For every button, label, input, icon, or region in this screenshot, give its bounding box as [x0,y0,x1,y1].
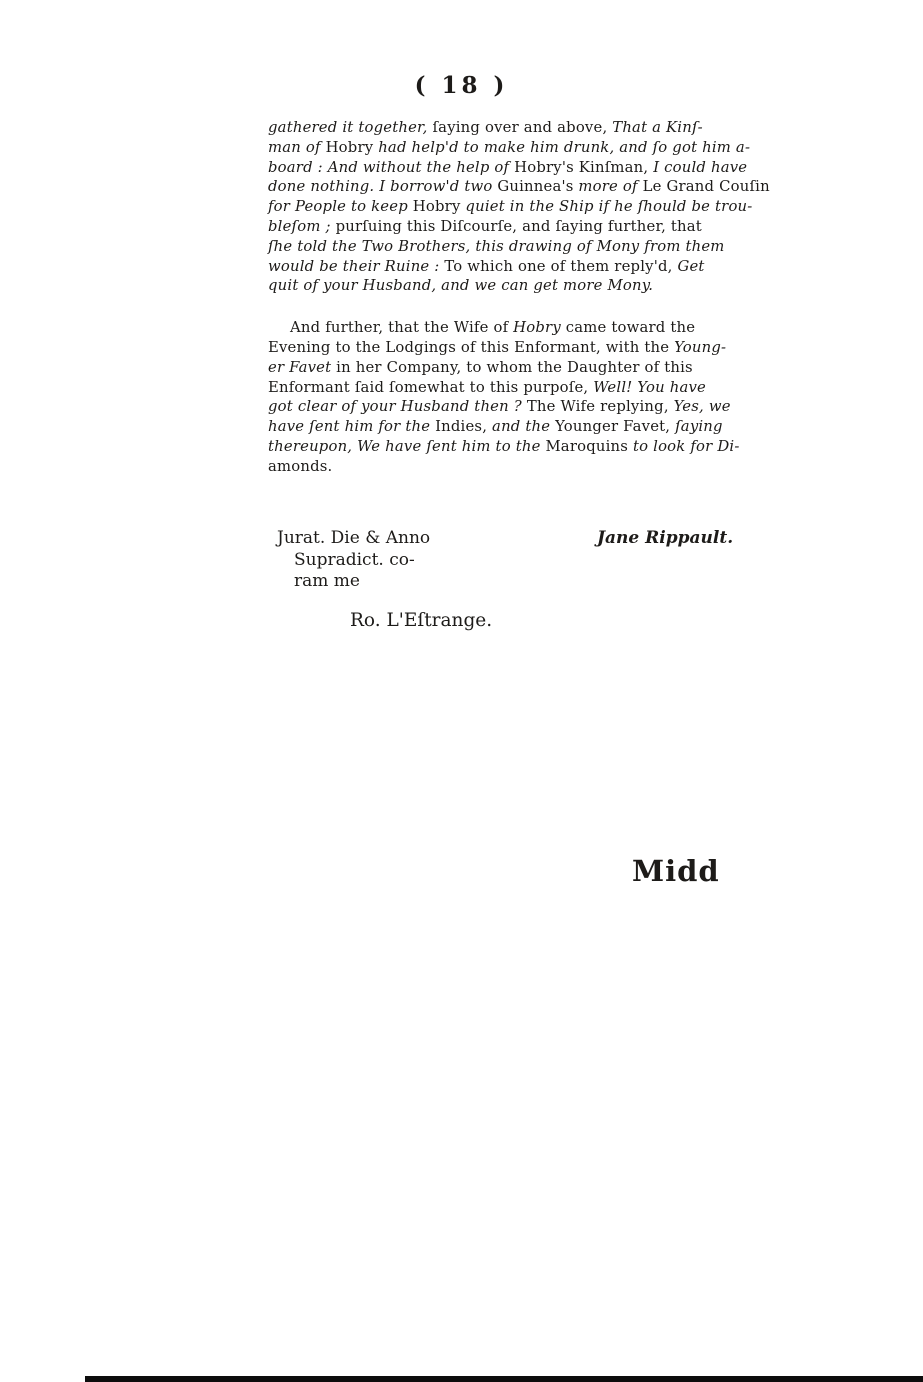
italic-text-segment: to look for Di- [628,438,739,455]
italic-text-segment: Yes, we [674,398,731,415]
italic-text-segment: gathered it together, [268,119,428,136]
italic-text-segment: for People to keep [268,198,413,215]
attestation-signature: Ro. L'Eſtrange. [350,610,492,631]
text-line: ſhe told the Two Brothers, this drawing … [268,237,713,257]
text-line: would be their Ruine : To which one of t… [268,257,713,277]
text-line: Enformant ſaid ſomewhat to this purpoſe,… [268,378,713,398]
italic-text-segment: Well! You have [593,379,706,396]
paragraph-1: gathered it together, ſaying over and ab… [268,118,713,296]
italic-text-segment: I could have [648,159,747,176]
text-line: board : And without the help of Hobry's … [268,158,713,178]
italic-text-segment: quiet in the Ship if he ſhould be trou- [461,198,753,215]
roman-text-segment: To which one of them reply'd, [444,258,677,275]
roman-text-segment: Hobry's Kinſman, [514,159,648,176]
roman-text-segment: Enformant ſaid ſomewhat to this purpoſe, [268,379,593,396]
scanned-document-page: ( 18 ) gathered it together, ſaying over… [0,0,923,1382]
italic-text-segment: er Favet [268,359,331,376]
italic-text-segment: have ſent him for the [268,418,435,435]
italic-text-segment: and the [487,418,555,435]
italic-text-segment: quit of your Husband, and we can get mor… [268,277,653,294]
catchword: Midd [632,854,720,888]
deponent-signature: Jane Rippault. [597,528,733,548]
text-line: Evening to the Lodgings of this Enforman… [268,338,713,358]
paragraph-2: And further, that the Wife of Hobry came… [268,318,713,476]
roman-text-segment: came toward the [561,319,695,336]
roman-text-segment: Hobry [413,198,461,215]
scan-edge-artifact [85,1376,923,1382]
jurat-line-1: Jurat. Die & Anno [277,528,430,550]
text-line: bleſom ; purſuing this Diſcourſe, and ſa… [268,217,713,237]
italic-text-segment: got clear of your Husband then ? [268,398,527,415]
italic-text-segment: bleſom ; [268,218,331,235]
roman-text-segment: Hobry [326,139,374,156]
roman-text-segment: purſuing this Diſcourſe, and ſaying furt… [331,218,702,235]
text-line: man of Hobry had help'd to make him drun… [268,138,713,158]
text-line: thereupon, We have ſent him to the Maroq… [268,437,713,457]
jurat-line-2: Supradict. co- [277,550,430,572]
italic-text-segment: ſhe told the Two Brothers, this drawing … [268,238,725,255]
roman-text-segment: Evening to the Lodgings of this Enforman… [268,339,674,356]
jurat-block: Jurat. Die & Anno Supradict. co- ram me [277,528,430,593]
roman-text-segment: Guinnea's [497,178,573,195]
text-line: er Favet in her Company, to whom the Dau… [268,358,713,378]
text-line: done nothing. I borrow'd two Guinnea's m… [268,177,713,197]
italic-text-segment: board : And without the help of [268,159,514,176]
roman-text-segment: And further, that the Wife of [290,319,513,336]
text-line: gathered it together, ſaying over and ab… [268,118,713,138]
italic-text-segment: thereupon, We have ſent him to the [268,438,545,455]
italic-text-segment: Hobry [513,319,561,336]
italic-text-segment: Get [677,258,704,275]
text-line: quit of your Husband, and we can get mor… [268,276,713,296]
roman-text-segment: in her Company, to whom the Daughter of … [331,359,693,376]
roman-text-segment: ſaying over and above, [428,119,613,136]
italic-text-segment: had help'd to make him drunk, and ſo got… [373,139,750,156]
roman-text-segment: Indies, [435,418,487,435]
italic-text-segment: Young- [674,339,726,356]
italic-text-segment: That a Kinſ- [612,119,703,136]
text-line: got clear of your Husband then ? The Wif… [268,397,713,417]
text-line: for People to keep Hobry quiet in the Sh… [268,197,713,217]
roman-text-segment: Le Grand Couſin [643,178,770,195]
roman-text-segment: The Wife replying, [527,398,674,415]
roman-text-segment: Maroquins [545,438,628,455]
italic-text-segment: would be their Ruine : [268,258,444,275]
roman-text-segment: Younger Favet, [555,418,670,435]
italic-text-segment: ſaying [670,418,723,435]
body-text: gathered it together, ſaying over and ab… [268,118,713,477]
text-line: have ſent him for the Indies, and the Yo… [268,417,713,437]
italic-text-segment: man of [268,139,326,156]
text-line: amonds. [268,457,713,477]
italic-text-segment: more of [574,178,643,195]
jurat-line-3: ram me [277,571,430,593]
text-line: And further, that the Wife of Hobry came… [268,318,713,338]
page-number: ( 18 ) [0,72,923,99]
roman-text-segment: amonds. [268,458,332,475]
italic-text-segment: done nothing. I borrow'd two [268,178,497,195]
